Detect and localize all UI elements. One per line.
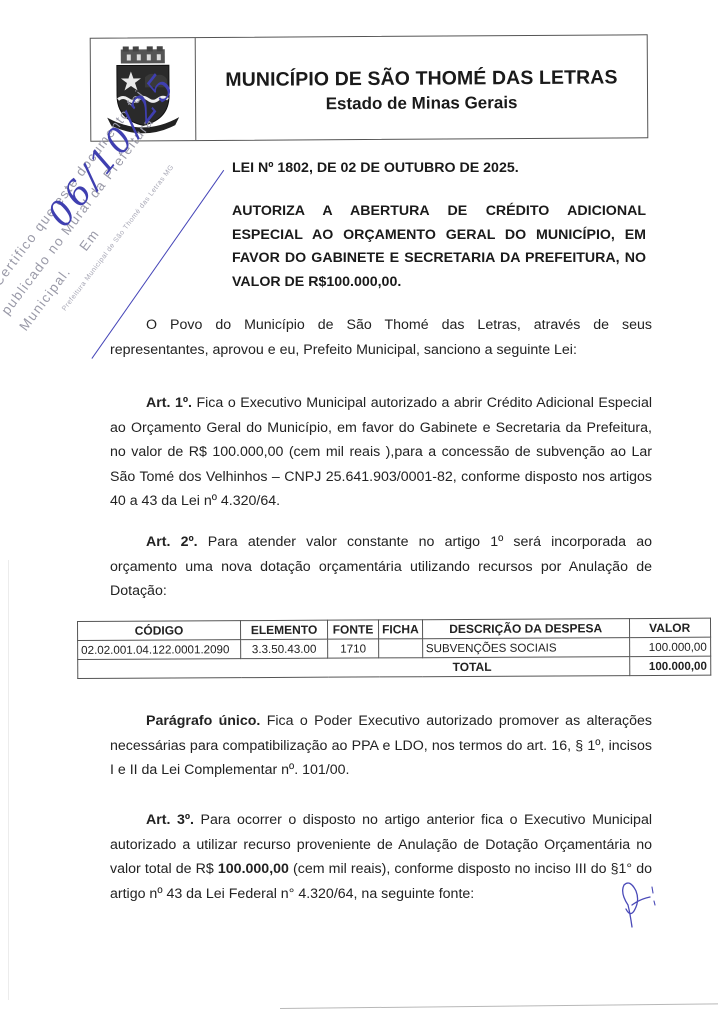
- col-header-elemento: ELEMENTO: [241, 620, 328, 639]
- state-name: Estado de Minas Gerais: [326, 93, 518, 114]
- cell-descricao: SUBVENÇÕES SOCIAIS: [422, 638, 629, 658]
- law-number: LEI Nº 1802, DE 02 DE OUTUBRO DE 2025.: [232, 160, 519, 176]
- cell-valor: 100.000,00: [629, 637, 710, 656]
- article-2: Art. 2º. Para atender valor constante no…: [110, 530, 652, 604]
- budget-table: CÓDIGO ELEMENTO FONTE FICHA DESCRIÇÃO DA…: [77, 618, 711, 679]
- col-header-ficha: FICHA: [378, 620, 422, 639]
- col-header-valor: VALOR: [629, 618, 710, 637]
- article-1: Art. 1º. Fica o Executivo Municipal auto…: [110, 391, 652, 514]
- article-3-label: Art. 3º.: [146, 812, 194, 828]
- paragrafo-unico-label: Parágrafo único.: [146, 713, 260, 729]
- article-1-text: Fica o Executivo Municipal autorizado a …: [110, 395, 652, 509]
- cell-ficha: [379, 639, 423, 658]
- cell-fonte: 1710: [328, 639, 379, 658]
- preamble-text: O Povo do Município de São Thomé das Let…: [110, 317, 652, 358]
- page-edge: [280, 1003, 718, 1009]
- cell-codigo: 02.02.001.04.122.0001.2090: [78, 640, 241, 660]
- total-label: TOTAL: [78, 657, 630, 679]
- total-value: 100.000,00: [629, 656, 710, 675]
- handwritten-initials-icon: [610, 875, 660, 935]
- col-header-fonte: FONTE: [327, 620, 378, 639]
- article-1-label: Art. 1º.: [146, 395, 192, 411]
- municipality-name: MUNICÍPIO DE SÃO THOMÉ DAS LETRAS: [225, 66, 617, 91]
- stamp-line: Em: [76, 226, 102, 254]
- cell-elemento: 3.3.50.43.00: [241, 639, 328, 658]
- paragrafo-unico: Parágrafo único. Fica o Poder Executivo …: [110, 709, 652, 783]
- stamp-line: Municipal.: [16, 264, 74, 334]
- letterhead-title: MUNICÍPIO DE SÃO THOMÉ DAS LETRAS Estado…: [196, 35, 648, 140]
- page-edge: [8, 560, 9, 1000]
- table-total-row: TOTAL 100.000,00: [78, 656, 711, 678]
- preamble: O Povo do Município de São Thomé das Let…: [110, 313, 652, 362]
- col-header-descricao: DESCRIÇÃO DA DESPESA: [422, 619, 629, 639]
- article-3-amount: 100.000,00: [218, 861, 289, 877]
- article-3: Art. 3º. Para ocorrer o disposto no arti…: [110, 808, 652, 906]
- col-header-codigo: CÓDIGO: [78, 621, 241, 641]
- law-summary: AUTORIZA A ABERTURA DE CRÉDITO ADICIONAL…: [232, 200, 646, 294]
- article-2-label: Art. 2º.: [146, 534, 198, 550]
